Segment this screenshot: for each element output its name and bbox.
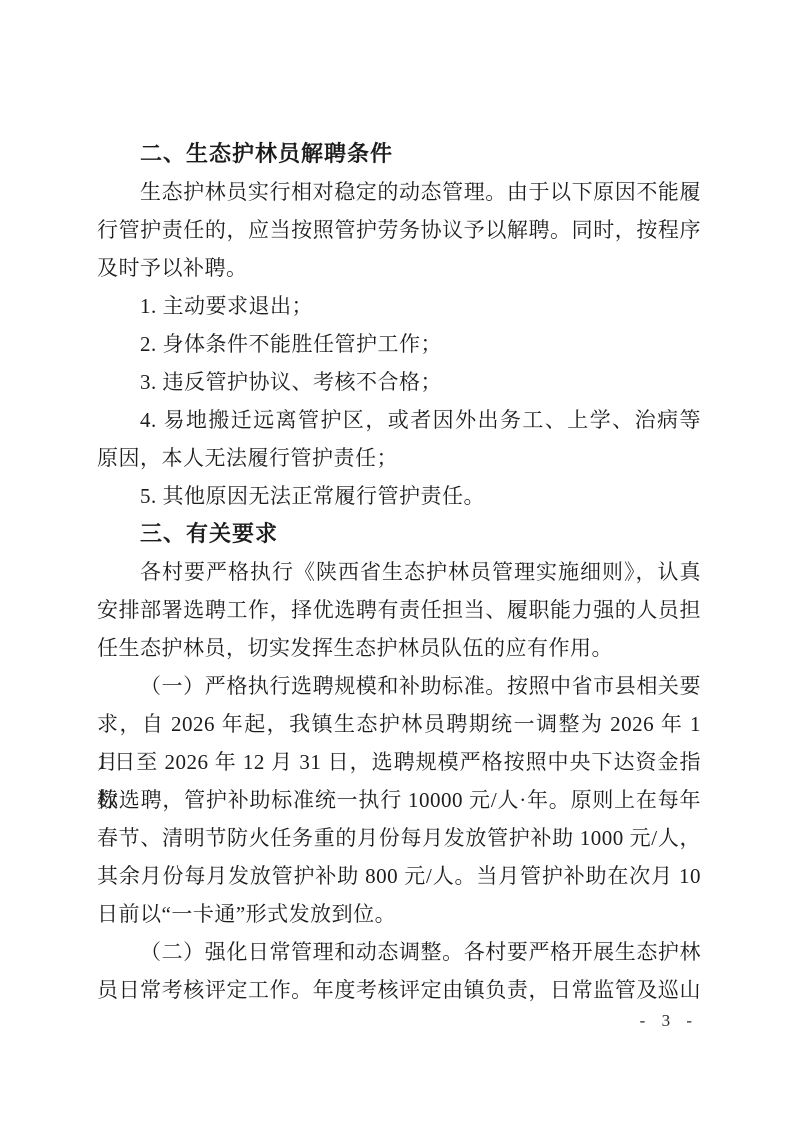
section-heading-dismissal-conditions: 二、生态护林员解聘条件 [97,135,701,173]
text-line: 员日常考核评定工作。年度考核评定由镇负责，日常监管及巡山 [97,971,701,1009]
text-line: 各村要严格执行《陕西省生态护林员管理实施细则》，认真 [97,553,701,591]
text-line: 1 日至 2026 年 12 月 31 日，选聘规模严格按照中央下达资金指标 [97,743,701,781]
subsection-1-line: （一）严格执行选聘规模和补助标准。按照中省市县相关要 [97,667,701,705]
text-line: 行管护责任的，应当按照管护劳务协议予以解聘。同时，按程序 [97,211,701,249]
text-line: 及时予以补聘。 [97,249,701,287]
section-heading-requirements: 三、有关要求 [97,515,701,553]
list-item-5: 5. 其他原因无法正常履行管护责任。 [97,477,701,515]
text-line: 数选聘，管护补助标准统一执行 10000 元/人·年。原则上在每年 [97,781,701,819]
page-number: - 3 - [640,1011,698,1031]
text-line: 原因，本人无法履行管护责任； [97,439,701,477]
text-line: 其余月份每月发放管护补助 800 元/人。当月管护补助在次月 10 [97,857,701,895]
subsection-2-line: （二）强化日常管理和动态调整。各村要严格开展生态护林 [97,933,701,971]
text-line: 日前以“一卡通”形式发放到位。 [97,895,701,933]
text-line: 安排部署选聘工作，择优选聘有责任担当、履职能力强的人员担 [97,591,701,629]
list-item-2: 2. 身体条件不能胜任管护工作； [97,325,701,363]
text-line: 求，自 2026 年起，我镇生态护林员聘期统一调整为 2026 年 1 月 [97,705,701,743]
list-item-1: 1. 主动要求退出； [97,287,701,325]
list-item-3: 3. 违反管护协议、考核不合格； [97,363,701,401]
document-page: 二、生态护林员解聘条件 生态护林员实行相对稳定的动态管理。由于以下原因不能履 行… [0,0,793,1122]
text-line: 生态护林员实行相对稳定的动态管理。由于以下原因不能履 [97,173,701,211]
text-line: 春节、清明节防火任务重的月份每月发放管护补助 1000 元/人， [97,819,701,857]
list-item-4: 4. 易地搬迁远离管护区，或者因外出务工、上学、治病等 [97,401,701,439]
text-line: 任生态护林员，切实发挥生态护林员队伍的应有作用。 [97,629,701,667]
